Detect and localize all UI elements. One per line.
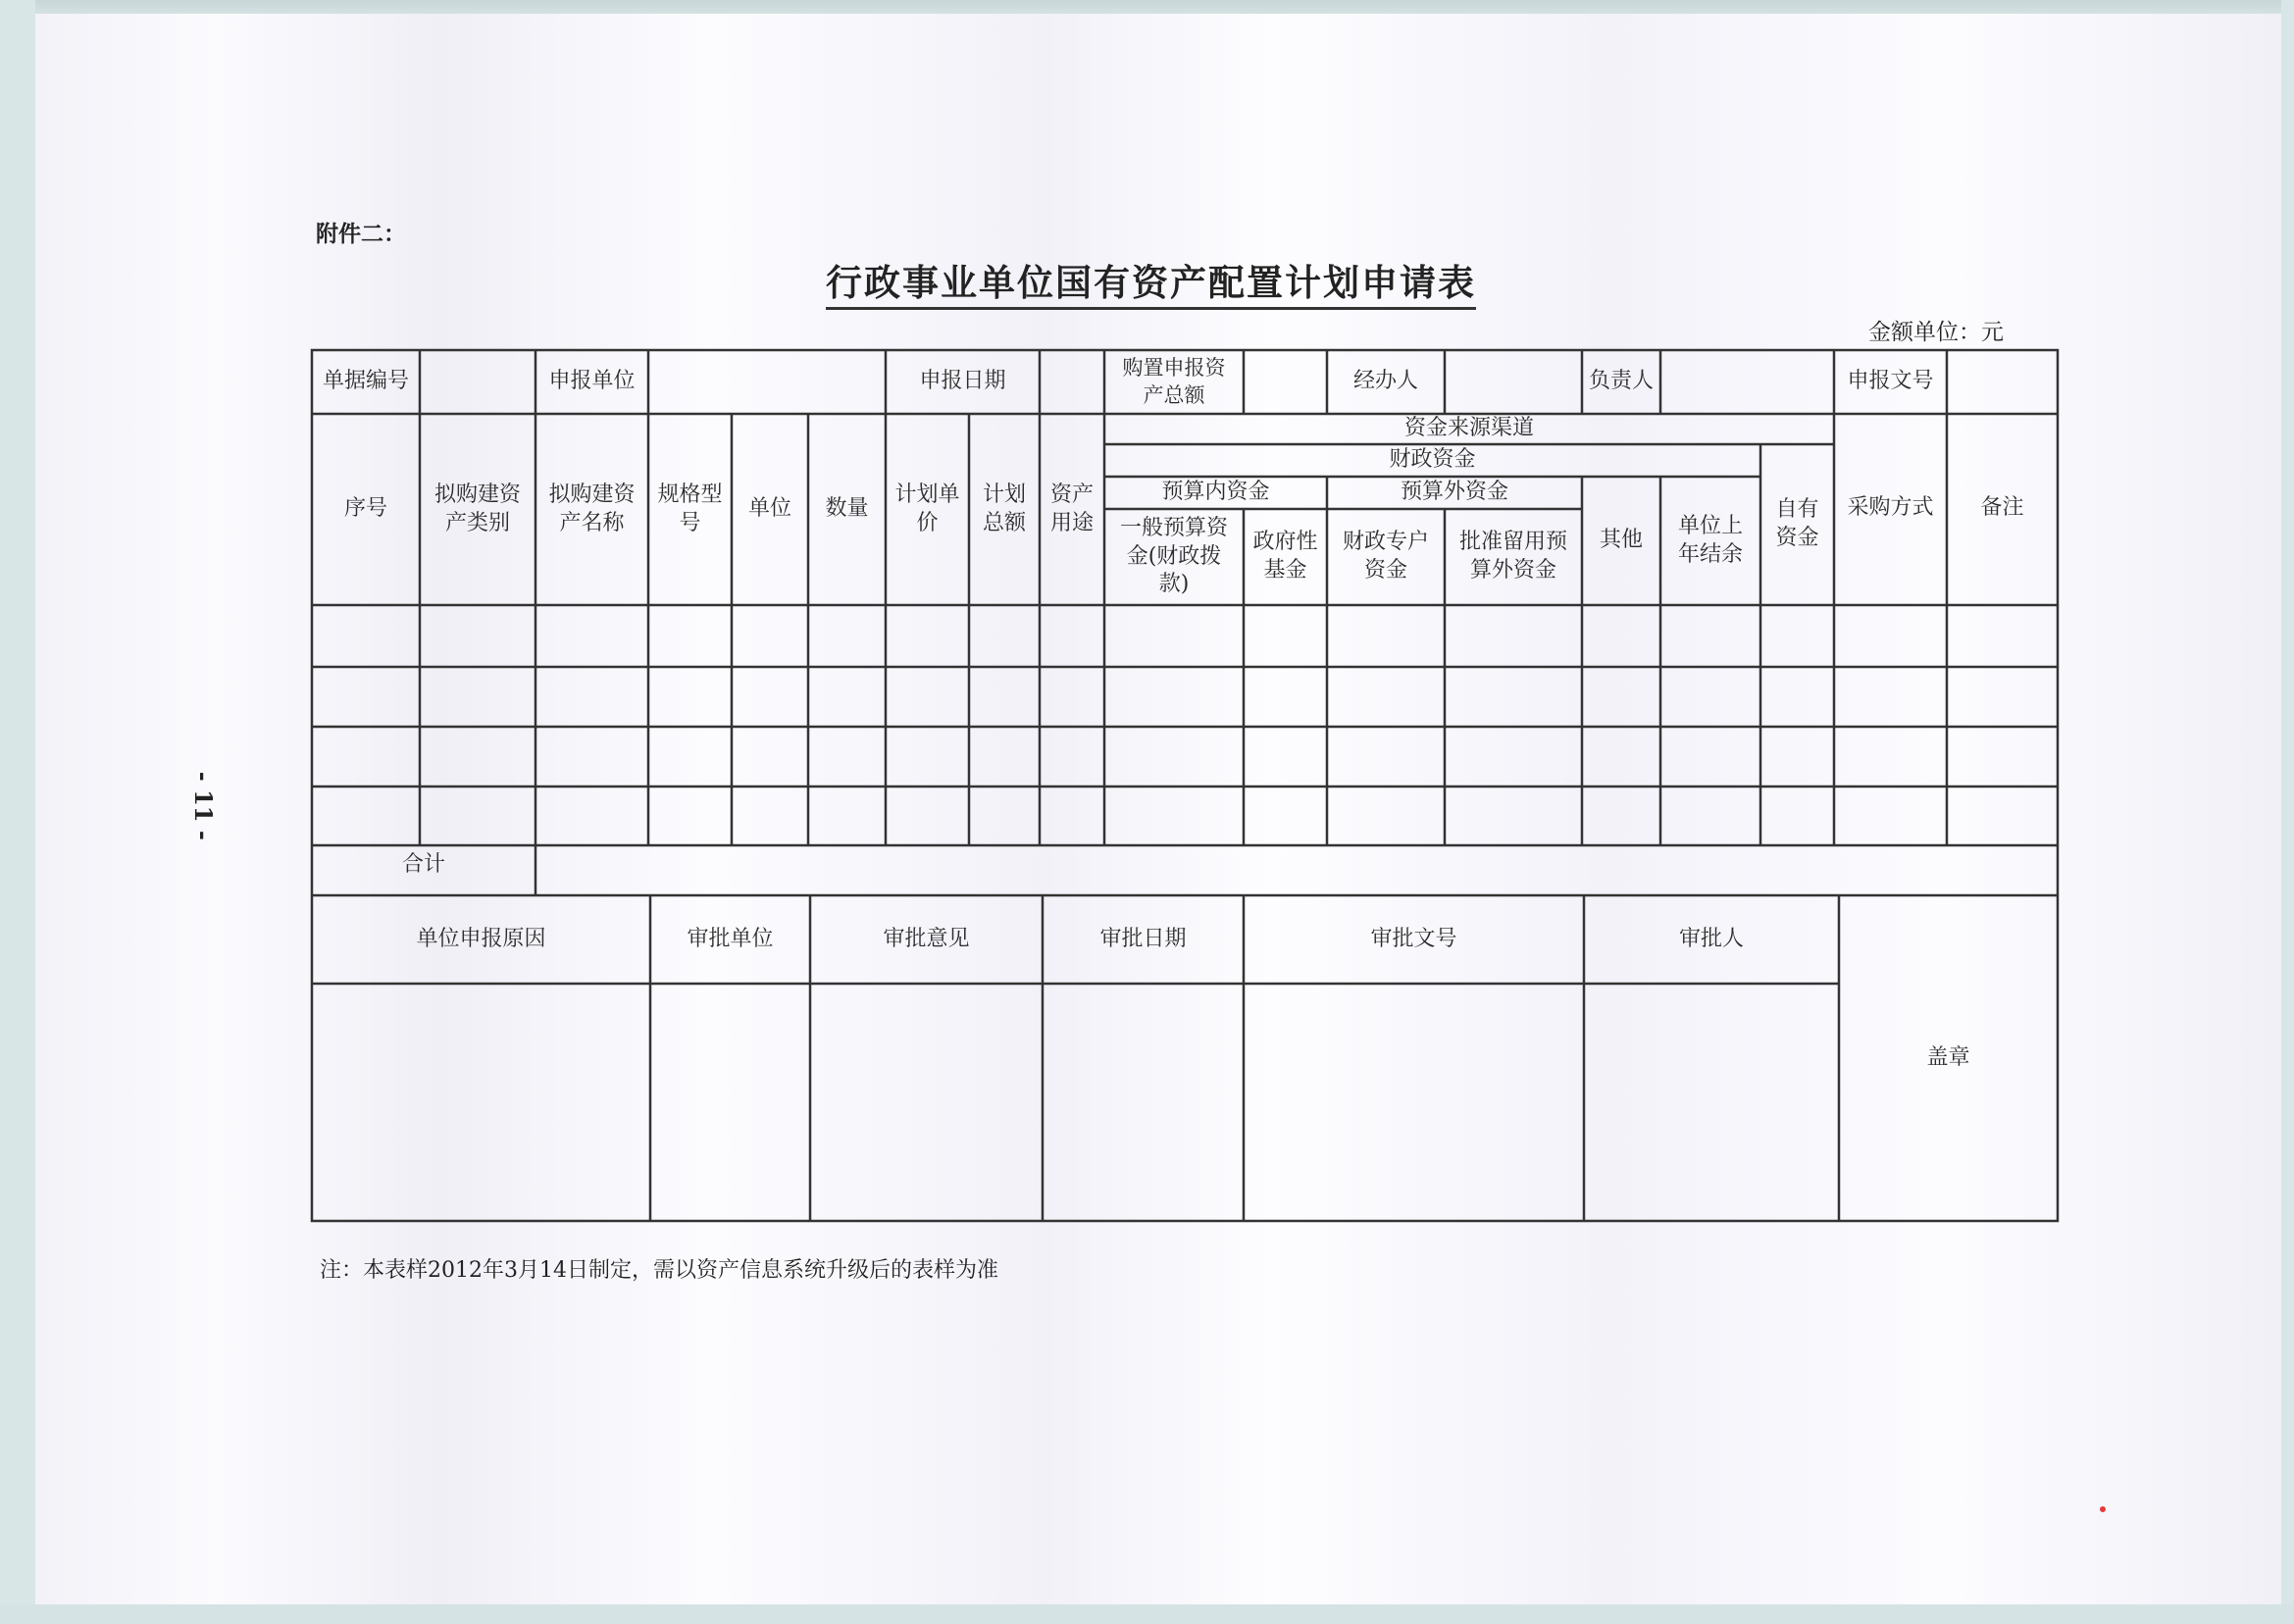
col-fiscal-special-account: 财政专户 资金: [1327, 509, 1445, 605]
table-cell[interactable]: [1104, 787, 1244, 845]
doc-no-field[interactable]: [420, 350, 535, 414]
table-cell[interactable]: [1327, 667, 1445, 727]
table-cell[interactable]: [1104, 727, 1244, 787]
col-prior-year-balance: 单位上 年结余: [1660, 477, 1760, 605]
table-cell[interactable]: [312, 667, 420, 727]
report-date-field[interactable]: [1040, 350, 1104, 414]
approval-unit-label: 审批单位: [650, 895, 810, 984]
approval-opinion-label: 审批意见: [810, 895, 1043, 984]
table-cell[interactable]: [420, 667, 535, 727]
table-cell[interactable]: [1040, 605, 1104, 667]
table-cell[interactable]: [1582, 605, 1660, 667]
table-cell[interactable]: [312, 787, 420, 845]
total-amount-field[interactable]: [1244, 350, 1327, 414]
total-amount-label: 购置申报资 产总额: [1104, 350, 1244, 414]
col-asset-name: 拟购建资 产名称: [535, 414, 648, 605]
col-general-budget: 一般预算资 金(财政拨 款): [1104, 509, 1244, 605]
report-doc-no-label: 申报文号: [1834, 350, 1947, 414]
table-cell[interactable]: [1660, 787, 1760, 845]
footnote: 注：本表样2012年3月14日制定，需以资产信息系统升级后的表样为准: [320, 1258, 998, 1283]
col-asset-use: 资产 用途: [1040, 414, 1104, 605]
col-approved-retained: 批准留用预 算外资金: [1445, 509, 1582, 605]
reason-label: 单位申报原因: [312, 895, 650, 984]
col-quantity: 数量: [808, 414, 886, 605]
col-plan-unit-price: 计划单 价: [886, 414, 969, 605]
table-cell[interactable]: [969, 605, 1040, 667]
table-cell[interactable]: [1040, 667, 1104, 727]
approval-date-field[interactable]: [1043, 984, 1244, 1221]
col-fiscal-funds: 财政资金: [1104, 444, 1760, 477]
table-cell[interactable]: [1445, 667, 1582, 727]
red-ink-dot: [2100, 1506, 2106, 1512]
table-cell[interactable]: [1582, 727, 1660, 787]
report-doc-no-field[interactable]: [1947, 350, 2058, 414]
col-own-funds: 自有 资金: [1760, 444, 1834, 605]
table-cell[interactable]: [886, 667, 969, 727]
table-cell[interactable]: [732, 787, 808, 845]
col-funding-source: 资金来源渠道: [1104, 414, 1834, 444]
table-cell[interactable]: [1104, 605, 1244, 667]
reason-field[interactable]: [312, 984, 650, 1221]
col-seq: 序号: [312, 414, 420, 605]
table-cell[interactable]: [312, 727, 420, 787]
table-cell[interactable]: [1947, 787, 2058, 845]
table-cell[interactable]: [648, 667, 732, 727]
table-cell[interactable]: [1947, 605, 2058, 667]
table-cell[interactable]: [886, 605, 969, 667]
table-cell[interactable]: [808, 605, 886, 667]
table-cell[interactable]: [535, 727, 648, 787]
table-cell[interactable]: [1760, 667, 1834, 727]
table-cell[interactable]: [1445, 727, 1582, 787]
table-cell[interactable]: [1445, 605, 1582, 667]
table-cell[interactable]: [535, 605, 648, 667]
reporting-unit-label: 申报单位: [535, 350, 648, 414]
table-cell[interactable]: [1660, 667, 1760, 727]
table-cell[interactable]: [648, 605, 732, 667]
responsible-label: 负责人: [1582, 350, 1660, 414]
handler-field[interactable]: [1445, 350, 1582, 414]
table-cell[interactable]: [808, 667, 886, 727]
table-cell[interactable]: [420, 727, 535, 787]
table-cell[interactable]: [886, 727, 969, 787]
col-off-budget: 预算外资金: [1327, 477, 1582, 509]
table-cell[interactable]: [1327, 727, 1445, 787]
table-cell[interactable]: [1834, 667, 1947, 727]
col-gov-fund: 政府性 基金: [1244, 509, 1327, 605]
table-cell[interactable]: [535, 787, 648, 845]
col-unit: 单位: [732, 414, 808, 605]
table-cell[interactable]: [1244, 605, 1327, 667]
table-cell[interactable]: [969, 667, 1040, 727]
approval-date-label: 审批日期: [1043, 895, 1244, 984]
approval-opinion-field[interactable]: [810, 984, 1043, 1221]
table-cell[interactable]: [648, 787, 732, 845]
table-cell[interactable]: [808, 787, 886, 845]
approval-doc-no-label: 审批文号: [1244, 895, 1584, 984]
table-cell[interactable]: [1947, 727, 2058, 787]
table-cell[interactable]: [1660, 727, 1760, 787]
table-cell[interactable]: [1244, 727, 1327, 787]
table-cell[interactable]: [1760, 605, 1834, 667]
table-cell[interactable]: [535, 667, 648, 727]
table-cell[interactable]: [420, 605, 535, 667]
table-cell[interactable]: [732, 667, 808, 727]
table-cell[interactable]: [1445, 787, 1582, 845]
table-cell[interactable]: [1040, 787, 1104, 845]
table-cell[interactable]: [1660, 605, 1760, 667]
table-cell[interactable]: [969, 727, 1040, 787]
table-cell[interactable]: [1104, 667, 1244, 727]
approval-doc-no-field[interactable]: [1244, 984, 1584, 1221]
approver-label: 审批人: [1584, 895, 1839, 984]
handler-label: 经办人: [1327, 350, 1445, 414]
reporting-unit-field[interactable]: [648, 350, 886, 414]
col-remarks: 备注: [1947, 414, 2058, 605]
table-cell[interactable]: [1834, 787, 1947, 845]
table-cell[interactable]: [1834, 727, 1947, 787]
col-in-budget: 预算内资金: [1104, 477, 1327, 509]
col-spec-model: 规格型 号: [648, 414, 732, 605]
doc-no-label: 单据编号: [312, 350, 420, 414]
table-cell[interactable]: [1327, 787, 1445, 845]
total-label: 合计: [312, 845, 535, 885]
table-cell[interactable]: [1947, 667, 2058, 727]
total-value-field[interactable]: [535, 845, 2058, 895]
col-plan-total: 计划 总额: [969, 414, 1040, 605]
table-cell[interactable]: [886, 787, 969, 845]
table-cell[interactable]: [1760, 787, 1834, 845]
table-cell[interactable]: [1244, 667, 1327, 727]
table-cell[interactable]: [1582, 667, 1660, 727]
table-cell[interactable]: [1834, 605, 1947, 667]
col-other: 其他: [1582, 477, 1660, 605]
approval-unit-field[interactable]: [650, 984, 810, 1221]
table-cell[interactable]: [969, 787, 1040, 845]
report-date-label: 申报日期: [886, 350, 1040, 414]
table-cell[interactable]: [1582, 787, 1660, 845]
table-cell[interactable]: [312, 605, 420, 667]
col-procurement-method: 采购方式: [1834, 414, 1947, 605]
table-cell[interactable]: [1760, 727, 1834, 787]
table-cell[interactable]: [808, 727, 886, 787]
seal-area: 盖章: [1839, 895, 2058, 1221]
approver-field[interactable]: [1584, 984, 1839, 1221]
table-cell[interactable]: [648, 727, 732, 787]
table-cell[interactable]: [1040, 727, 1104, 787]
responsible-field[interactable]: [1660, 350, 1834, 414]
table-cell[interactable]: [1244, 787, 1327, 845]
table-cell[interactable]: [732, 605, 808, 667]
col-asset-category: 拟购建资 产类别: [420, 414, 535, 605]
table-cell[interactable]: [1327, 605, 1445, 667]
table-cell[interactable]: [732, 727, 808, 787]
table-cell[interactable]: [420, 787, 535, 845]
